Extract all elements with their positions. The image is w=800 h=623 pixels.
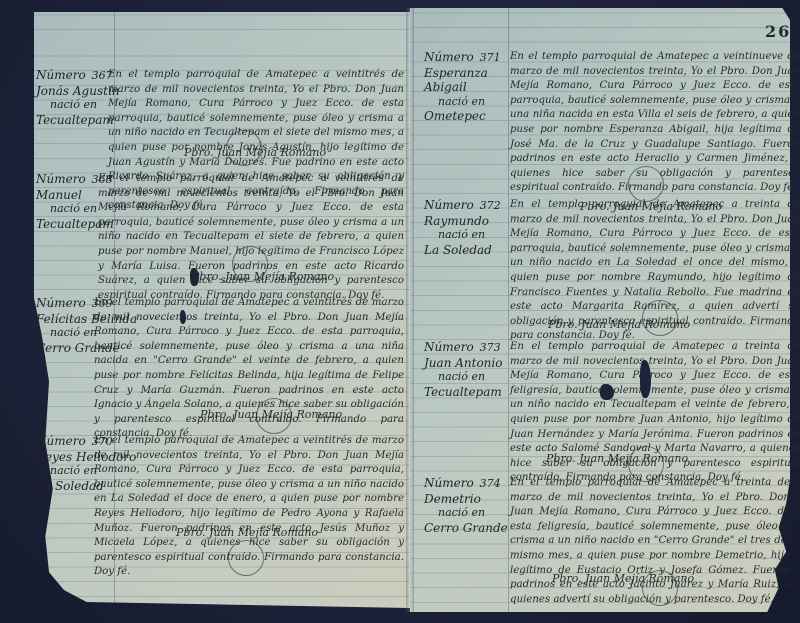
parish-seal [256, 398, 292, 434]
entry-label: Número [36, 434, 86, 448]
entry-label: Número [424, 476, 474, 490]
entry-label: Número [424, 50, 474, 64]
paper-damage-hole [180, 310, 186, 324]
entry-record-text: En el templo parroquial de Amatepec a ve… [98, 172, 404, 303]
parish-seal [642, 300, 678, 336]
entry-number: 372 [480, 199, 501, 212]
book-gutter [406, 8, 414, 612]
parish-seal [642, 570, 678, 606]
page-number: 26 [765, 22, 791, 41]
entry-label: Número [424, 198, 474, 212]
paper-damage-hole [640, 360, 651, 398]
entry-label: Número [424, 340, 474, 354]
entry-signature: Pbro. Juan Mejía Romano [176, 526, 318, 539]
entry-number: 371 [480, 51, 501, 64]
parish-seal [232, 246, 268, 282]
entry-label: Número [36, 172, 86, 186]
entry-signature: Pbro. Juan Mejía Romano [546, 452, 688, 465]
parish-seal [226, 130, 262, 166]
parish-seal [628, 166, 664, 202]
entry-number: 374 [480, 477, 501, 490]
paper-damage-hole [600, 384, 614, 400]
entry-label: Número [36, 296, 86, 310]
entry-number: 373 [480, 341, 501, 354]
paper-damage-hole [190, 268, 199, 286]
parish-seal [228, 540, 264, 576]
entry-label: Número [36, 68, 86, 82]
